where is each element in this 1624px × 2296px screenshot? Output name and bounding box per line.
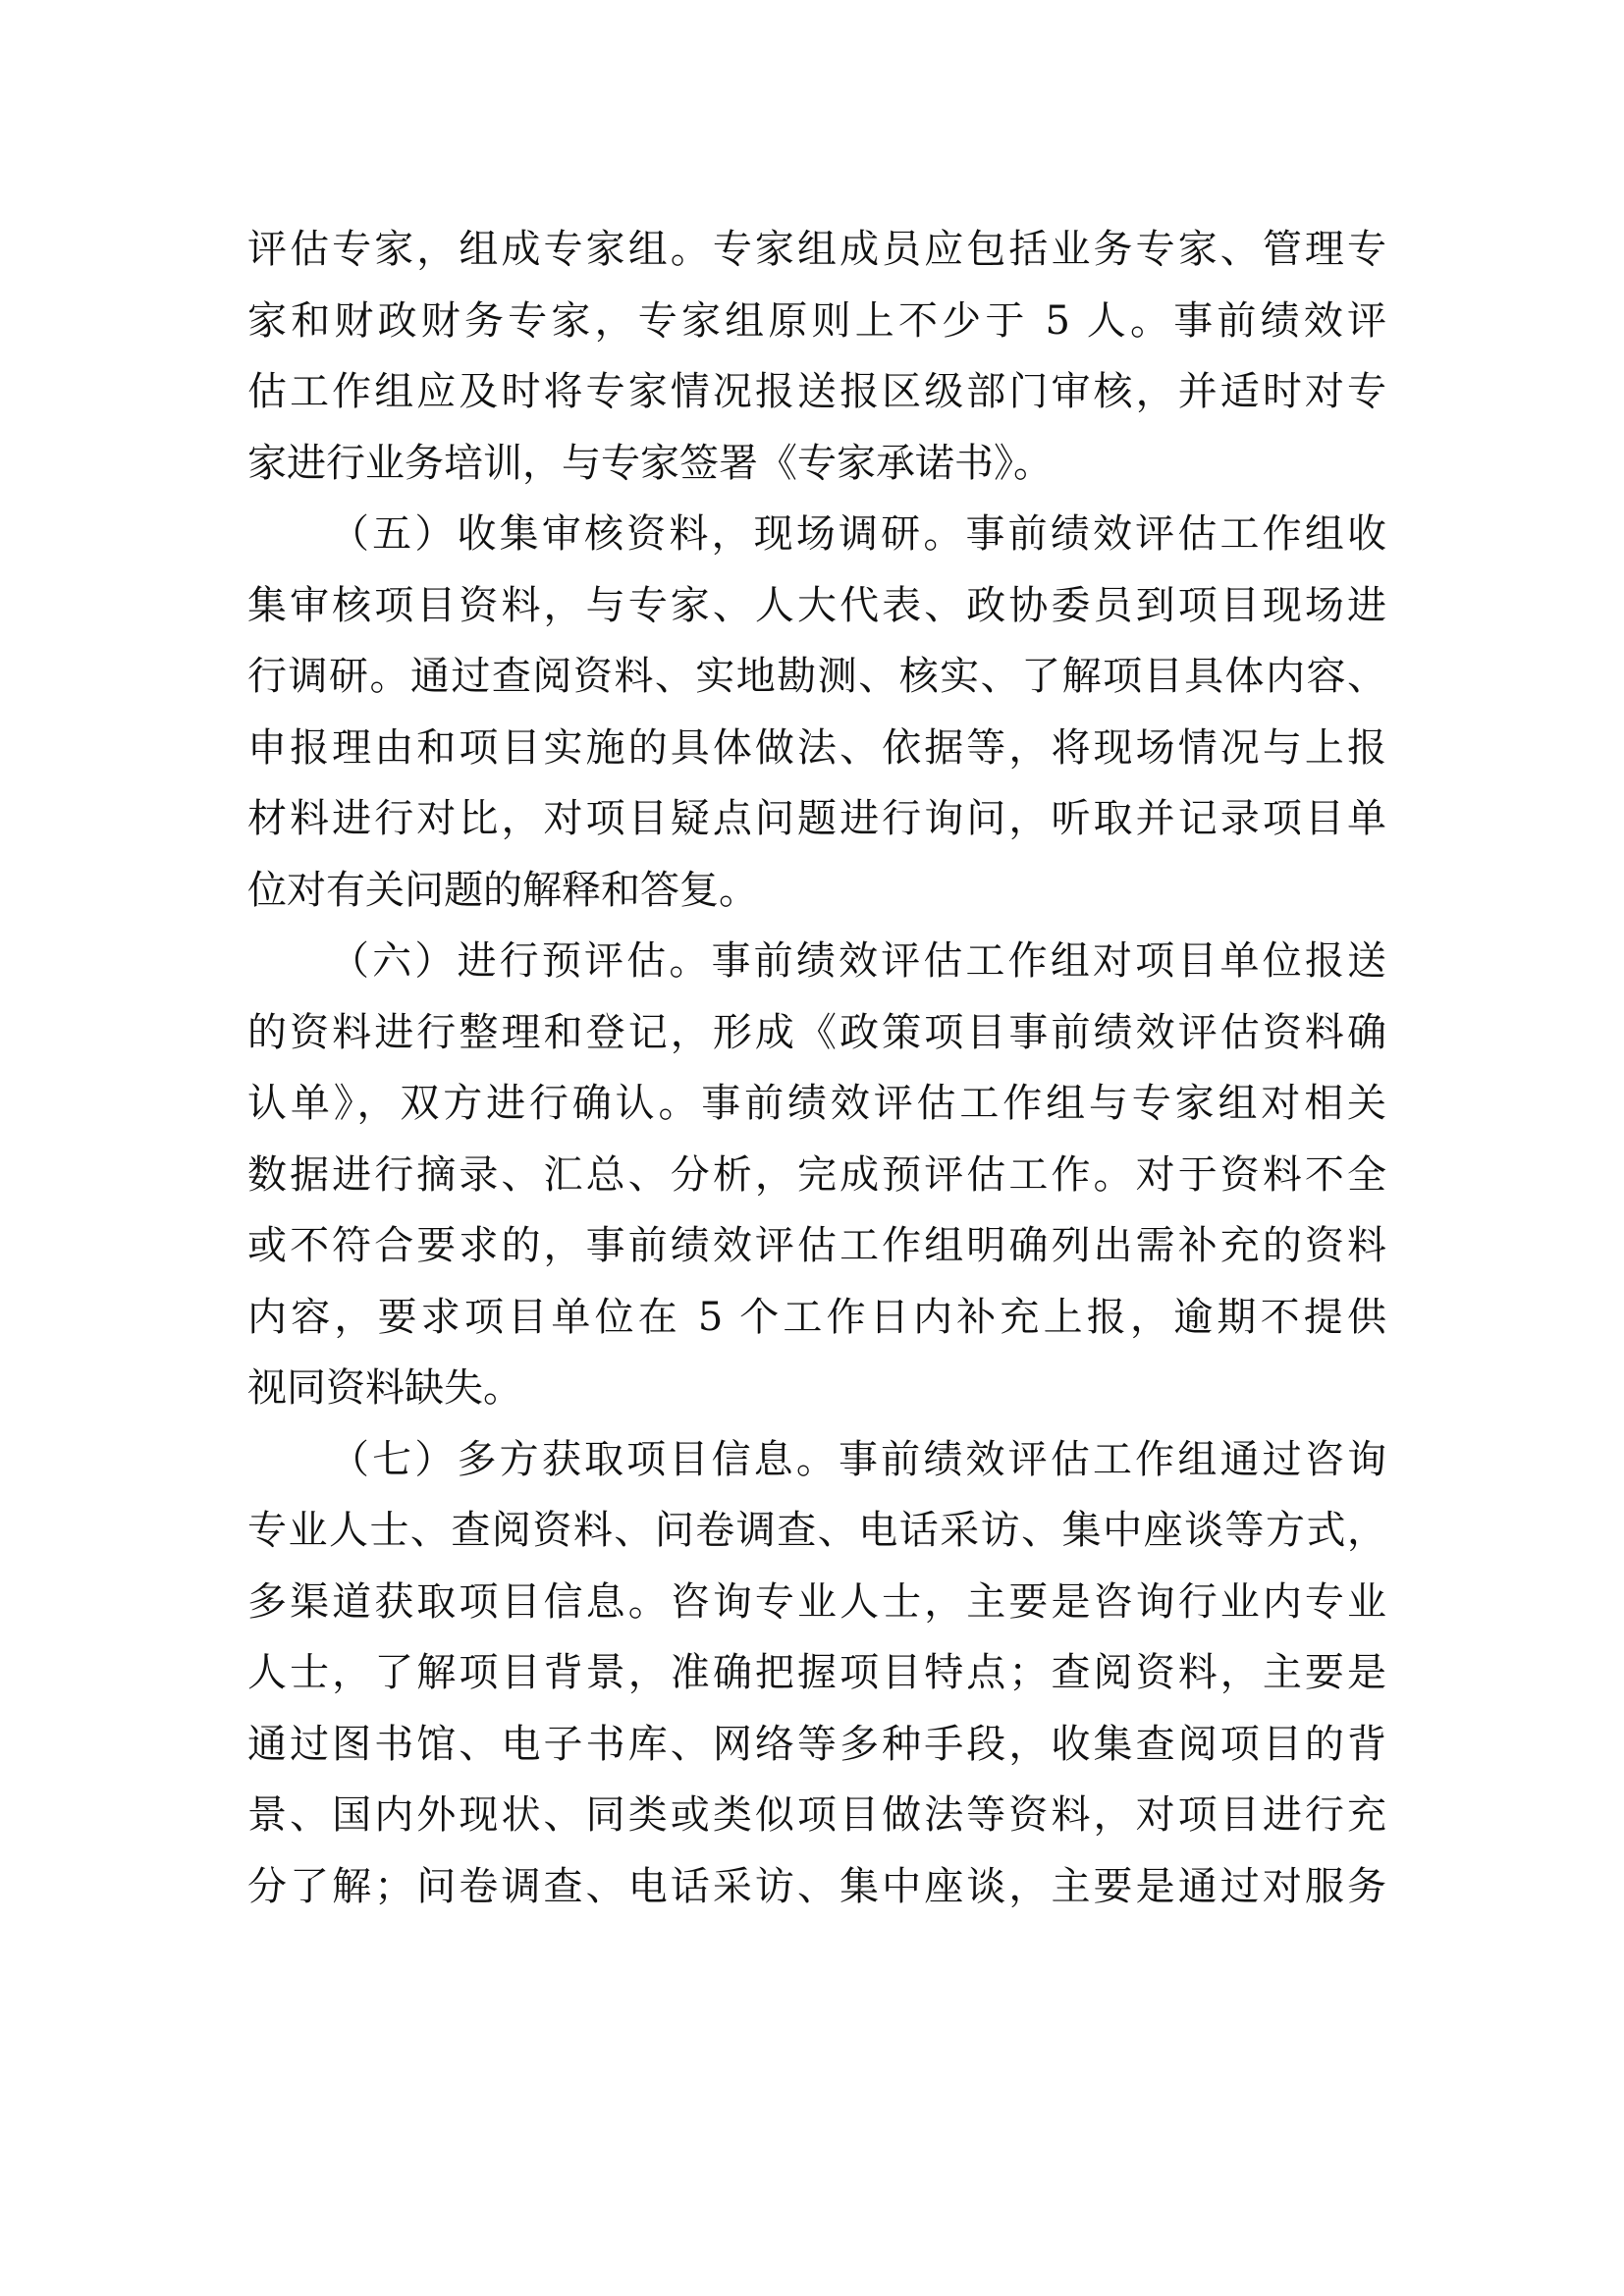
paragraph-expert-group: 评估专家，组成专家组。专家组成员应包括业务专家、管理专 家和财政财务专家，专家组… [247, 214, 1386, 499]
text-line: 行调研。通过查阅资料、实地勘测、核实、了解项目具体内容、 [247, 641, 1386, 713]
text-line: 材料进行对比，对项目疑点问题进行询问，听取并记录项目单 [247, 783, 1386, 855]
paragraph-section-six: （六）进行预评估。事前绩效评估工作组对项目单位报送 的资料进行整理和登记，形成《… [247, 926, 1386, 1424]
text-line: 分了解；问卷调查、电话采访、集中座谈，主要是通过对服务 [247, 1851, 1386, 1923]
section-heading-line: （六）进行预评估。事前绩效评估工作组对项目单位报送 [247, 926, 1386, 997]
paragraph-section-five: （五）收集审核资料，现场调研。事前绩效评估工作组收 集审核项目资料，与专家、人大… [247, 499, 1386, 926]
text-line: 估工作组应及时将专家情况报送报区级部门审核，并适时对专 [247, 356, 1386, 428]
text-line: 申报理由和项目实施的具体做法、依据等，将现场情况与上报 [247, 713, 1386, 784]
document-page: 评估专家，组成专家组。专家组成员应包括业务专家、管理专 家和财政财务专家，专家组… [0, 0, 1624, 2296]
text-line: 或不符合要求的，事前绩效评估工作组明确列出需补充的资料 [247, 1210, 1386, 1282]
text-line: 景、国内外现状、同类或类似项目做法等资料，对项目进行充 [247, 1780, 1386, 1851]
section-heading-line: （七）多方获取项目信息。事前绩效评估工作组通过咨询 [247, 1424, 1386, 1496]
document-body: 评估专家，组成专家组。专家组成员应包括业务专家、管理专 家和财政财务专家，专家组… [247, 214, 1386, 1922]
text-line: 通过图书馆、电子书库、网络等多种手段，收集查阅项目的背 [247, 1709, 1386, 1781]
text-line: 认单》，双方进行确认。事前绩效评估工作组与专家组对相关 [247, 1068, 1386, 1140]
text-line: 评估专家，组成专家组。专家组成员应包括业务专家、管理专 [247, 214, 1386, 286]
section-heading-line: （五）收集审核资料，现场调研。事前绩效评估工作组收 [247, 499, 1386, 570]
text-line: 集审核项目资料，与专家、人大代表、政协委员到项目现场进 [247, 570, 1386, 642]
text-line: 视同资料缺失。 [247, 1353, 1386, 1424]
text-line: 专业人士、查阅资料、问卷调查、电话采访、集中座谈等方式， [247, 1495, 1386, 1567]
text-line: 的资料进行整理和登记，形成《政策项目事前绩效评估资料确 [247, 997, 1386, 1069]
text-line: 家和财政财务专家，专家组原则上不少于 5 人。事前绩效评 [247, 286, 1386, 357]
text-line: 人士，了解项目背景，准确把握项目特点；查阅资料，主要是 [247, 1637, 1386, 1709]
text-line: 数据进行摘录、汇总、分析，完成预评估工作。对于资料不全 [247, 1140, 1386, 1211]
text-line: 位对有关问题的解释和答复。 [247, 855, 1386, 927]
paragraph-section-seven: （七）多方获取项目信息。事前绩效评估工作组通过咨询 专业人士、查阅资料、问卷调查… [247, 1424, 1386, 1923]
text-line: 家进行业务培训，与专家签署《专家承诺书》。 [247, 428, 1386, 500]
text-line: 内容，要求项目单位在 5 个工作日内补充上报，逾期不提供 [247, 1282, 1386, 1354]
text-line: 多渠道获取项目信息。咨询专业人士，主要是咨询行业内专业 [247, 1567, 1386, 1638]
